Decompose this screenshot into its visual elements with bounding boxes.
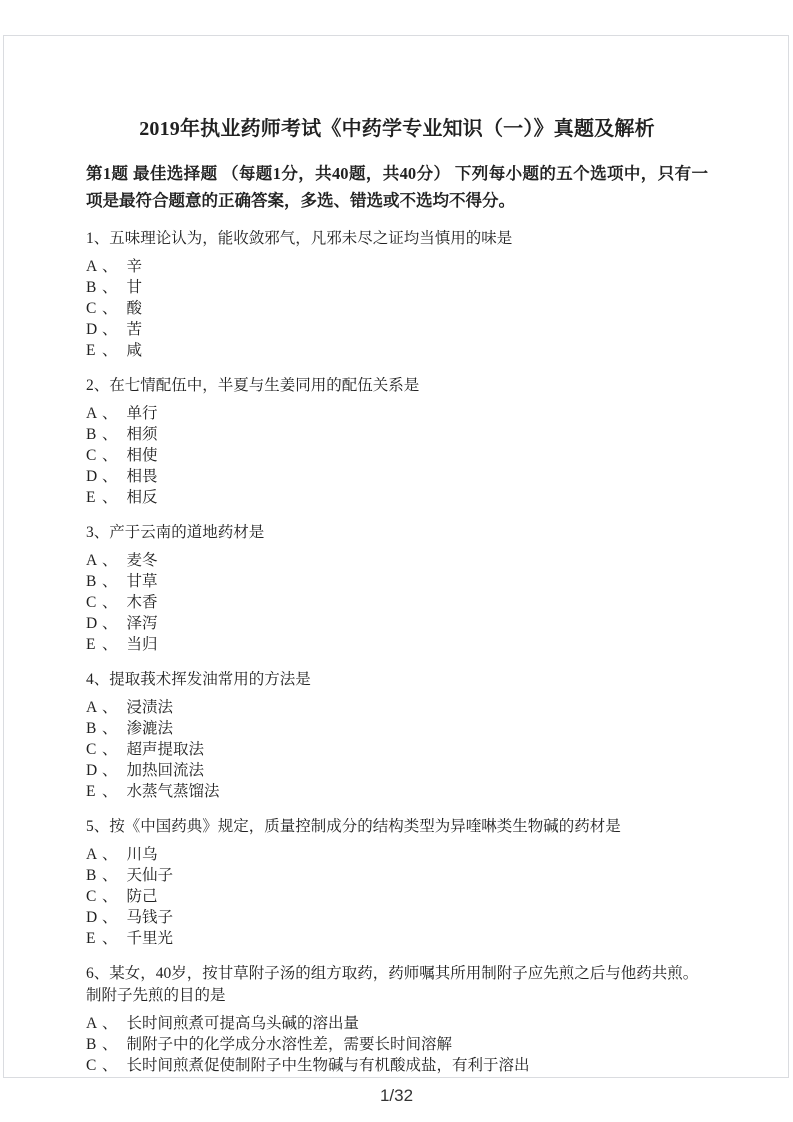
option-separator: 、: [102, 447, 118, 464]
option-text: 甘草: [127, 573, 158, 590]
option-letter: B: [86, 1034, 99, 1055]
option-letter: A: [86, 550, 99, 571]
option-text: 相反: [127, 489, 158, 506]
option-row: C、酸: [86, 298, 708, 319]
option-text: 防己: [127, 888, 158, 905]
question-3: 3、产于云南的道地药材是A、麦冬B、甘草C、木香D、泽泻E、当归: [86, 522, 708, 655]
option-text: 加热回流法: [127, 762, 205, 779]
option-separator: 、: [102, 699, 118, 716]
option-row: C、木香: [86, 592, 708, 613]
option-text: 苦: [127, 321, 143, 338]
option-text: 辛: [127, 258, 143, 275]
option-text: 单行: [127, 405, 158, 422]
option-letter: C: [86, 739, 99, 760]
option-letter: C: [86, 592, 99, 613]
option-letter: A: [86, 697, 99, 718]
option-separator: 、: [102, 888, 118, 905]
option-separator: 、: [102, 594, 118, 611]
option-row: B、甘草: [86, 571, 708, 592]
option-row: C、超声提取法: [86, 739, 708, 760]
option-letter: B: [86, 424, 99, 445]
option-letter: D: [86, 907, 99, 928]
option-letter: A: [86, 256, 99, 277]
question-stem: 5、按《中国药典》规定，质量控制成分的结构类型为异喹啉类生物碱的药材是: [86, 816, 708, 838]
option-letter: A: [86, 844, 99, 865]
option-row: C、长时间煎煮促使制附子中生物碱与有机酸成盐，有利于溶出: [86, 1055, 708, 1076]
option-text: 甘: [127, 279, 143, 296]
option-row: A、麦冬: [86, 550, 708, 571]
option-text: 超声提取法: [127, 741, 205, 758]
option-separator: 、: [102, 867, 118, 884]
option-letter: D: [86, 613, 99, 634]
option-row: A、单行: [86, 403, 708, 424]
option-text: 木香: [127, 594, 158, 611]
option-letter: E: [86, 487, 99, 508]
option-separator: 、: [102, 720, 118, 737]
option-text: 咸: [127, 342, 143, 359]
option-letter: B: [86, 718, 99, 739]
option-separator: 、: [102, 258, 118, 275]
option-text: 相须: [127, 426, 158, 443]
option-separator: 、: [102, 1015, 118, 1032]
option-row: B、甘: [86, 277, 708, 298]
option-row: E、水蒸气蒸馏法: [86, 781, 708, 802]
option-text: 马钱子: [127, 909, 174, 926]
option-text: 川乌: [127, 846, 158, 863]
option-text: 相畏: [127, 468, 158, 485]
option-letter: D: [86, 466, 99, 487]
option-text: 泽泻: [127, 615, 158, 632]
option-row: E、相反: [86, 487, 708, 508]
option-row: D、加热回流法: [86, 760, 708, 781]
option-letter: D: [86, 760, 99, 781]
option-text: 浸渍法: [127, 699, 174, 716]
option-letter: C: [86, 298, 99, 319]
option-separator: 、: [102, 342, 118, 359]
question-stem: 6、某女，40岁，按甘草附子汤的组方取药，药师嘱其所用制附子应先煎之后与他药共煎…: [86, 963, 708, 1007]
option-text: 长时间煎煮可提高乌头碱的溶出量: [127, 1015, 360, 1032]
page-number: 1/32: [0, 1086, 793, 1106]
option-letter: C: [86, 1055, 99, 1076]
option-text: 酸: [127, 300, 143, 317]
option-row: C、相使: [86, 445, 708, 466]
document-title: 2019年执业药师考试《中药学专业知识（一）》真题及解析: [86, 116, 708, 143]
option-row: B、渗漉法: [86, 718, 708, 739]
option-letter: B: [86, 277, 99, 298]
document-content: 2019年执业药师考试《中药学专业知识（一）》真题及解析 第1题 最佳选择题 （…: [4, 36, 788, 1076]
option-text: 渗漉法: [127, 720, 174, 737]
option-row: E、当归: [86, 634, 708, 655]
option-text: 麦冬: [127, 552, 158, 569]
option-row: D、苦: [86, 319, 708, 340]
option-text: 当归: [127, 636, 158, 653]
option-letter: E: [86, 634, 99, 655]
option-letter: C: [86, 445, 99, 466]
option-separator: 、: [102, 468, 118, 485]
option-row: B、相须: [86, 424, 708, 445]
option-separator: 、: [102, 636, 118, 653]
section-instructions: 第1题 最佳选择题 （每题1分，共40题，共40分） 下列每小题的五个选项中，只…: [86, 160, 708, 214]
question-6: 6、某女，40岁，按甘草附子汤的组方取药，药师嘱其所用制附子应先煎之后与他药共煎…: [86, 963, 708, 1076]
option-separator: 、: [102, 489, 118, 506]
option-separator: 、: [102, 573, 118, 590]
option-letter: B: [86, 865, 99, 886]
question-1: 1、五味理论认为，能收敛邪气，凡邪未尽之证均当慎用的味是A、辛B、甘C、酸D、苦…: [86, 228, 708, 361]
option-text: 相使: [127, 447, 158, 464]
option-text: 天仙子: [127, 867, 174, 884]
option-separator: 、: [102, 1057, 118, 1074]
option-row: A、长时间煎煮可提高乌头碱的溶出量: [86, 1013, 708, 1034]
question-stem: 3、产于云南的道地药材是: [86, 522, 708, 544]
document-page: 2019年执业药师考试《中药学专业知识（一）》真题及解析 第1题 最佳选择题 （…: [3, 35, 789, 1078]
question-stem: 1、五味理论认为，能收敛邪气，凡邪未尽之证均当慎用的味是: [86, 228, 708, 250]
option-row: A、辛: [86, 256, 708, 277]
option-letter: E: [86, 928, 99, 949]
questions: 1、五味理论认为，能收敛邪气，凡邪未尽之证均当慎用的味是A、辛B、甘C、酸D、苦…: [86, 228, 708, 1076]
option-letter: B: [86, 571, 99, 592]
option-separator: 、: [102, 552, 118, 569]
option-separator: 、: [102, 783, 118, 800]
question-4: 4、提取莪术挥发油常用的方法是A、浸渍法B、渗漉法C、超声提取法D、加热回流法E…: [86, 669, 708, 802]
option-row: E、咸: [86, 340, 708, 361]
question-2: 2、在七情配伍中，半夏与生姜同用的配伍关系是A、单行B、相须C、相使D、相畏E、…: [86, 375, 708, 508]
option-row: E、千里光: [86, 928, 708, 949]
option-row: B、天仙子: [86, 865, 708, 886]
option-letter: E: [86, 781, 99, 802]
option-text: 制附子中的化学成分水溶性差，需要长时间溶解: [127, 1036, 453, 1053]
option-separator: 、: [102, 1036, 118, 1053]
option-row: D、马钱子: [86, 907, 708, 928]
option-text: 水蒸气蒸馏法: [127, 783, 220, 800]
option-letter: C: [86, 886, 99, 907]
option-row: C、防己: [86, 886, 708, 907]
option-separator: 、: [102, 846, 118, 863]
option-separator: 、: [102, 762, 118, 779]
option-letter: E: [86, 340, 99, 361]
option-row: A、川乌: [86, 844, 708, 865]
option-separator: 、: [102, 300, 118, 317]
question-5: 5、按《中国药典》规定，质量控制成分的结构类型为异喹啉类生物碱的药材是A、川乌B…: [86, 816, 708, 949]
option-letter: A: [86, 403, 99, 424]
option-separator: 、: [102, 909, 118, 926]
question-stem: 2、在七情配伍中，半夏与生姜同用的配伍关系是: [86, 375, 708, 397]
option-row: A、浸渍法: [86, 697, 708, 718]
option-separator: 、: [102, 321, 118, 338]
option-row: D、泽泻: [86, 613, 708, 634]
question-stem: 4、提取莪术挥发油常用的方法是: [86, 669, 708, 691]
option-letter: A: [86, 1013, 99, 1034]
option-separator: 、: [102, 615, 118, 632]
option-separator: 、: [102, 279, 118, 296]
option-separator: 、: [102, 426, 118, 443]
option-text: 千里光: [127, 930, 174, 947]
option-separator: 、: [102, 405, 118, 422]
option-row: D、相畏: [86, 466, 708, 487]
option-row: B、制附子中的化学成分水溶性差，需要长时间溶解: [86, 1034, 708, 1055]
option-text: 长时间煎煮促使制附子中生物碱与有机酸成盐，有利于溶出: [127, 1057, 530, 1074]
option-separator: 、: [102, 741, 118, 758]
option-letter: D: [86, 319, 99, 340]
option-separator: 、: [102, 930, 118, 947]
